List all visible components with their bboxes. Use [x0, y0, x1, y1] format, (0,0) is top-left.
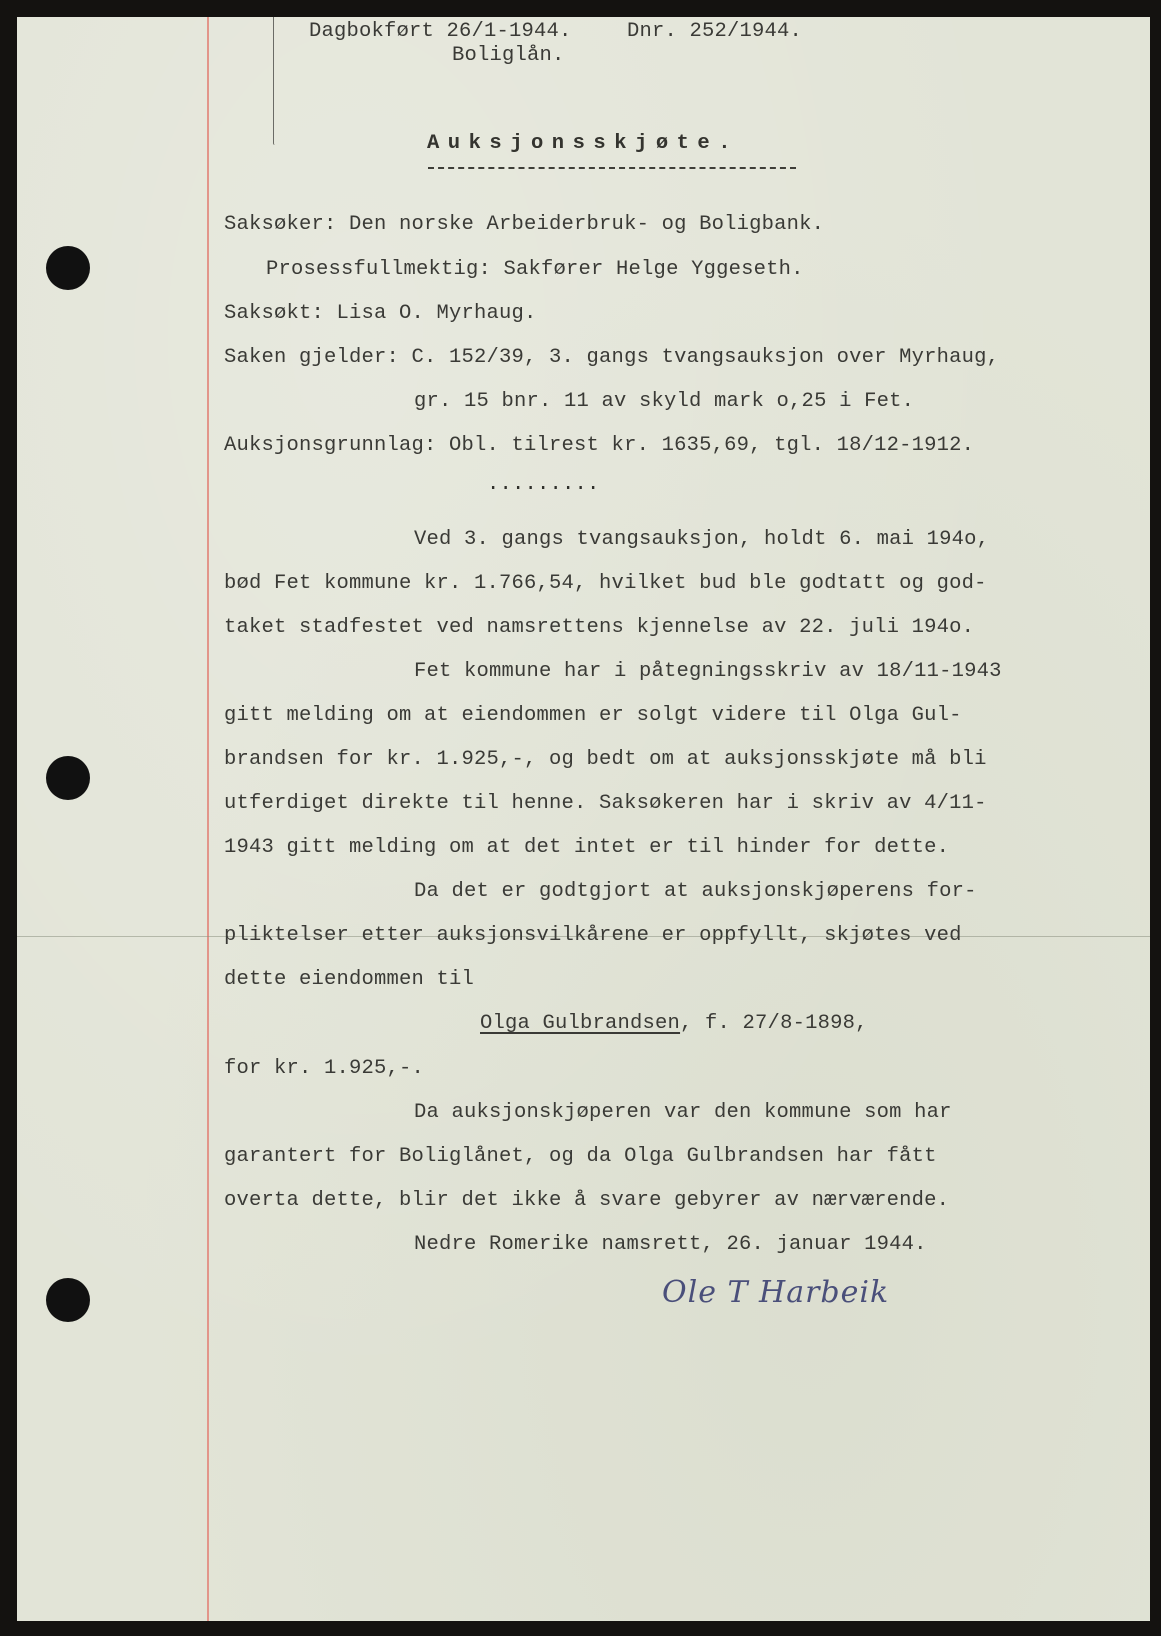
- closing-line-3: overta dette, blir det ikke å svare geby…: [224, 1189, 949, 1212]
- body-line-2: bød Fet kommune kr. 1.766,54, hvilket bu…: [224, 572, 987, 595]
- body-line-3: taket stadfestet ved namsrettens kjennel…: [224, 616, 974, 639]
- body-line-6: brandsen for kr. 1.925,-, og bedt om at …: [224, 748, 987, 771]
- punch-hole-top: [46, 246, 90, 290]
- body-line-10: pliktelser etter auksjonsvilkårene er op…: [224, 924, 962, 947]
- plaintiff-line: Saksøker: Den norske Arbeiderbruk- og Bo…: [224, 213, 824, 236]
- body-line-5: gitt melding om at eiendommen er solgt v…: [224, 704, 962, 727]
- body-line-7: utferdiget direkte til henne. Saksøkeren…: [224, 792, 987, 815]
- price-line: for kr. 1.925,-.: [224, 1057, 424, 1080]
- docket-number: Dnr. 252/1944.: [627, 20, 802, 43]
- registered-date: Dagbokført 26/1-1944.: [309, 20, 572, 43]
- body-line-9: Da det er godtgjort at auksjonskjøperens…: [414, 880, 977, 903]
- closing-line-1: Da auksjonskjøperen var den kommune som …: [414, 1101, 952, 1124]
- defendant-line: Saksøkt: Lisa O. Myrhaug.: [224, 302, 537, 325]
- body-line-11: dette eiendommen til: [224, 968, 474, 991]
- case-line-2: gr. 15 bnr. 11 av skyld mark o,25 i Fet.: [414, 390, 914, 413]
- auction-basis-line: Auksjonsgrunnlag: Obl. tilrest kr. 1635,…: [224, 434, 974, 457]
- title-underline: [428, 167, 796, 169]
- separator-dots: .........: [487, 473, 600, 496]
- closing-line-2: garantert for Boliglånet, og da Olga Gul…: [224, 1145, 937, 1168]
- document-page: Dagbokført 26/1-1944. Dnr. 252/1944. Bol…: [17, 17, 1150, 1621]
- punch-hole-middle: [46, 756, 90, 800]
- attorney-line: Prosessfullmektig: Sakfører Helge Yggese…: [266, 258, 804, 281]
- margin-line: [207, 17, 209, 1621]
- buyer-name: Olga Gulbrandsen: [480, 1012, 680, 1035]
- document-title: Auksjonsskjøte.: [427, 132, 739, 155]
- place-date-line: Nedre Romerike namsrett, 26. januar 1944…: [414, 1233, 927, 1256]
- pencil-mark: [273, 17, 277, 145]
- buyer-birth: , f. 27/8-1898,: [680, 1012, 868, 1035]
- buyer-line: Olga Gulbrandsen, f. 27/8-1898,: [480, 1012, 868, 1035]
- body-line-1: Ved 3. gangs tvangsauksjon, holdt 6. mai…: [414, 528, 989, 551]
- signature: Ole T Harbeik: [662, 1275, 889, 1310]
- case-line-1: Saken gjelder: C. 152/39, 3. gangs tvang…: [224, 346, 999, 369]
- punch-hole-bottom: [46, 1278, 90, 1322]
- body-line-8: 1943 gitt melding om at det intet er til…: [224, 836, 949, 859]
- body-line-4: Fet kommune har i påtegningsskriv av 18/…: [414, 660, 1002, 683]
- category-label: Boliglån.: [452, 44, 565, 67]
